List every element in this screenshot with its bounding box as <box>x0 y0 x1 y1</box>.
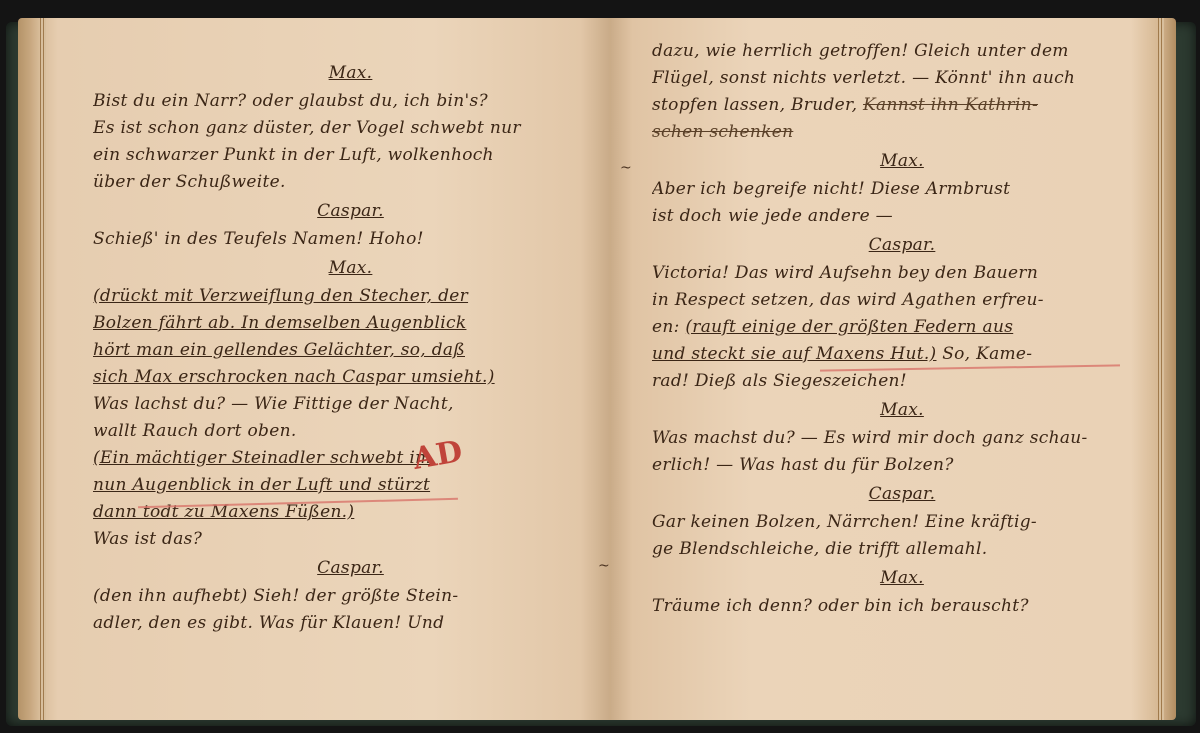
right-page-text: dazu, wie herrlich getroffen! Gleich unt… <box>652 38 1152 620</box>
left-page-text: Max. Bist du ein Narr? oder glaubst du, … <box>93 58 608 637</box>
struck-out-text: Kannst ihn Kathrin- <box>863 95 1038 115</box>
margin-mark: ~ <box>598 558 610 574</box>
text-line: ge Blendschleiche, die trifft allemahl. <box>652 536 1152 563</box>
page-edges <box>40 18 46 720</box>
text-line: Es ist schon ganz düster, der Vogel schw… <box>93 115 608 142</box>
speaker-label: Caspar. <box>652 479 1152 509</box>
text-line: Schieß' in des Teufels Namen! Hoho! <box>93 226 608 253</box>
struck-out-text: schen schenken <box>652 122 793 142</box>
stage-direction-line: nun Augenblick in der Luft und stürzt <box>93 472 608 499</box>
text-line: in Respect setzen, das wird Agathen erfr… <box>652 287 1152 314</box>
stage-direction-line: hört man ein gellendes Gelächter, so, da… <box>93 337 608 364</box>
page-edges <box>1158 18 1164 720</box>
speaker-label: Max. <box>93 58 608 88</box>
text-line: wallt Rauch dort oben. <box>93 418 608 445</box>
text-line: ist doch wie jede andere — <box>652 203 1152 230</box>
text-line: Träume ich denn? oder bin ich berauscht? <box>652 593 1152 620</box>
stage-direction-line: (drückt mit Verzweiflung den Stecher, de… <box>93 283 608 310</box>
stage-direction-line: (Ein mächtiger Steinadler schwebt im <box>93 445 608 472</box>
text-line: Aber ich begreife nicht! Diese Armbrust <box>652 176 1152 203</box>
speaker-label: Max. <box>652 563 1152 593</box>
stage-direction-span: (rauft einige der größten Federn aus <box>685 317 1013 337</box>
speaker-label: Caspar. <box>93 196 608 226</box>
text-span: en: <box>652 317 685 337</box>
text-span: stopfen lassen, Bruder, <box>652 95 857 115</box>
speaker-label: Max. <box>652 395 1152 425</box>
text-line: über der Schußweite. <box>93 169 608 196</box>
text-line: adler, den es gibt. Was für Klauen! Und <box>93 610 608 637</box>
text-line: stopfen lassen, Bruder, Kannst ihn Kathr… <box>652 92 1152 119</box>
text-line: und steckt sie auf Maxens Hut.) So, Kame… <box>652 341 1152 368</box>
margin-mark: ~ <box>620 160 632 176</box>
text-span: So, Kame- <box>936 344 1032 364</box>
text-line: schen schenken <box>652 119 1152 146</box>
stage-direction-span: und steckt sie auf Maxens Hut.) <box>652 344 936 364</box>
text-line: Was lachst du? — Wie Fittige der Nacht, <box>93 391 608 418</box>
speaker-label: Caspar. <box>652 230 1152 260</box>
text-line: Victoria! Das wird Aufsehn bey den Bauer… <box>652 260 1152 287</box>
speaker-label: Caspar. <box>93 553 608 583</box>
text-line: en: (rauft einige der größten Federn aus <box>652 314 1152 341</box>
speaker-label: Max. <box>93 253 608 283</box>
text-line: erlich! — Was hast du für Bolzen? <box>652 452 1152 479</box>
text-line: Bist du ein Narr? oder glaubst du, ich b… <box>93 88 608 115</box>
left-page: Max. Bist du ein Narr? oder glaubst du, … <box>18 18 610 720</box>
text-line: rad! Dieß als Siegeszeichen! <box>652 368 1152 395</box>
text-line: dazu, wie herrlich getroffen! Gleich unt… <box>652 38 1152 65</box>
stage-direction-line: sich Max erschrocken nach Caspar umsieht… <box>93 364 608 391</box>
stage-direction-line: Bolzen fährt ab. In demselben Augenblick <box>93 310 608 337</box>
text-line: Was ist das? <box>93 526 608 553</box>
text-line: Gar keinen Bolzen, Närrchen! Eine kräfti… <box>652 509 1152 536</box>
right-page: dazu, wie herrlich getroffen! Gleich unt… <box>610 18 1176 720</box>
text-line: Was machst du? — Es wird mir doch ganz s… <box>652 425 1152 452</box>
text-line: ein schwarzer Punkt in der Luft, wolkenh… <box>93 142 608 169</box>
text-line: Flügel, sonst nichts verletzt. — Könnt' … <box>652 65 1152 92</box>
speaker-label: Max. <box>652 146 1152 176</box>
text-line: (den ihn aufhebt) Sieh! der größte Stein… <box>93 583 608 610</box>
stage-direction-line: dann todt zu Maxens Füßen.) <box>93 499 608 526</box>
